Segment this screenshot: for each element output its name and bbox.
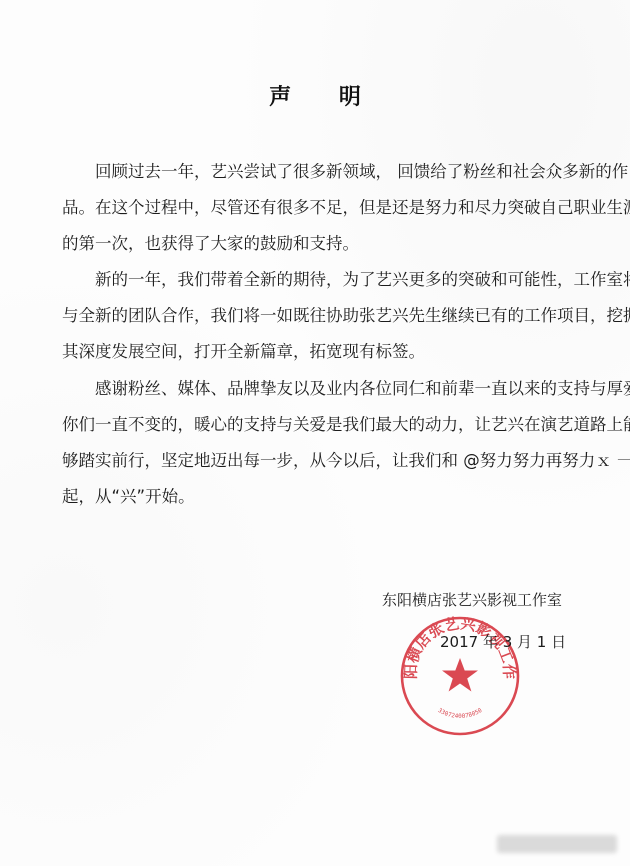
paragraph-line: 你们一直不变的，暖心的支持与关爱是我们最大的动力，让艺兴在演艺道路上能 [62, 407, 555, 443]
paragraph-3: 感谢粉丝、媒体、品牌挚友以及业内各位同仁和前辈一直以来的支持与厚爱， 你们一直不… [62, 371, 555, 515]
paragraph-1: 回顾过去一年，艺兴尝试了很多新领域， 回馈给了粉丝和社会众多新的作 品。在这个过… [62, 154, 555, 262]
signature-organization: 东阳横店张艺兴影视工作室 [382, 589, 562, 610]
paragraph-line: 其深度发展空间，打开全新篇章，拓宽现有标签。 [62, 334, 555, 370]
star-icon [442, 658, 478, 692]
paragraph-line: 起，从“兴”开始。 [62, 479, 555, 515]
signature-date: 2017 年 3 月 1 日 [440, 631, 566, 652]
paragraph-line: 新的一年，我们带着全新的期待，为了艺兴更多的突破和可能性，工作室将 [62, 262, 555, 298]
paragraph-line: 的第一次，也获得了大家的鼓励和支持。 [62, 226, 555, 262]
scanned-document-page: 声 明 回顾过去一年，艺兴尝试了很多新领域， 回馈给了粉丝和社会众多新的作 品。… [0, 0, 630, 866]
blurred-watermark [497, 835, 617, 853]
paragraph-2: 新的一年，我们带着全新的期待，为了艺兴更多的突破和可能性，工作室将 与全新的团队… [62, 262, 555, 370]
paragraph-line: 与全新的团队合作，我们将一如既往协助张艺兴先生继续已有的工作项目，挖掘 [62, 298, 555, 334]
paragraph-line: 品。在这个过程中，尽管还有很多不足，但是还是努力和尽力突破自己职业生涯 [62, 190, 555, 226]
stamp-serial-number: 3307240078050 [437, 707, 484, 720]
paragraph-line: 够踏实前行，坚定地迈出每一步，从今以后，让我们和 @努力努力再努力ｘ 一 [62, 443, 555, 479]
paragraph-line: 回顾过去一年，艺兴尝试了很多新领域， 回馈给了粉丝和社会众多新的作 [62, 154, 555, 190]
document-title: 声 明 [0, 80, 630, 111]
paragraph-line: 感谢粉丝、媒体、品牌挚友以及业内各位同仁和前辈一直以来的支持与厚爱， [62, 371, 555, 407]
